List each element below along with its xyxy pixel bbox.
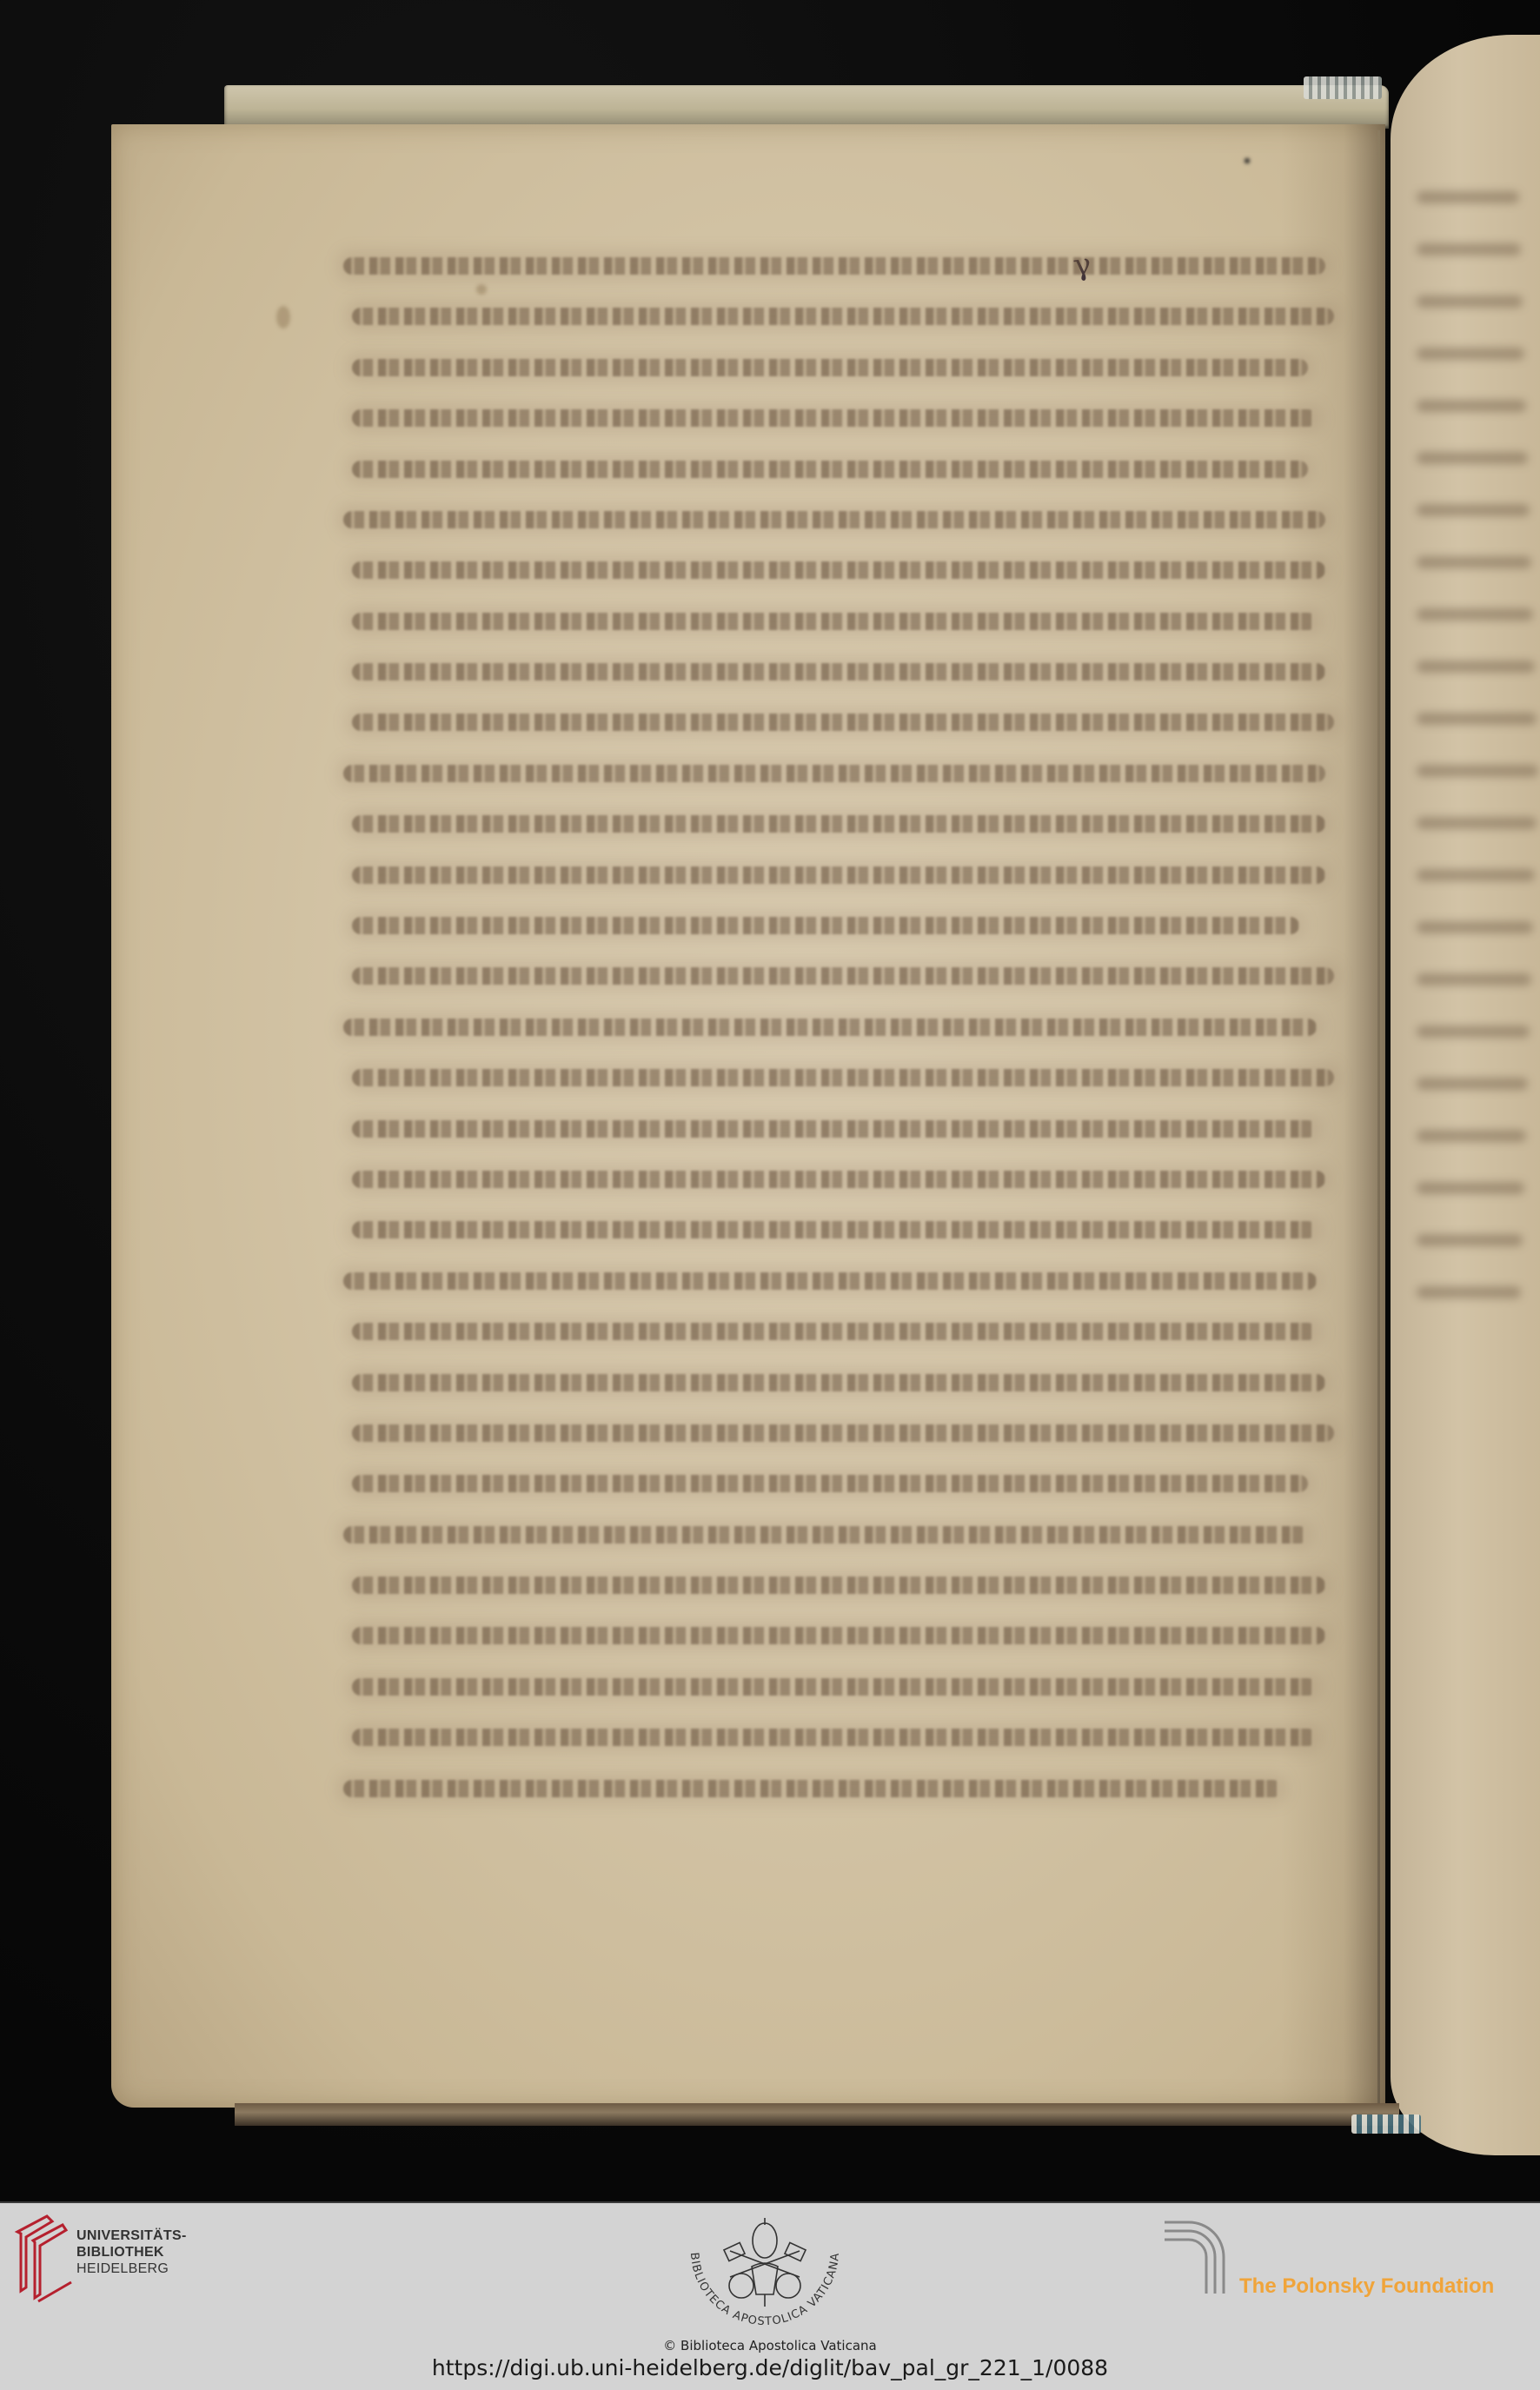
manuscript-text-line [352, 308, 1334, 325]
manuscript-text-line [352, 1475, 1308, 1492]
manuscript-text-line [343, 511, 1325, 528]
manuscript-text-line [352, 967, 1334, 985]
facing-page-text-line [1417, 1130, 1526, 1142]
manuscript-text-line [352, 613, 1317, 630]
facing-page-text-line [1417, 869, 1535, 881]
manuscript-text-line [352, 359, 1308, 376]
manuscript-text-line [352, 1171, 1325, 1188]
facing-page-text-line [1417, 400, 1526, 412]
facing-page-text-line [1417, 452, 1528, 464]
manuscript-text-line [352, 461, 1308, 478]
permalink-url[interactable]: https://digi.ub.uni-heidelberg.de/diglit… [0, 2355, 1540, 2380]
manuscript-text-line [352, 1374, 1325, 1391]
right-page-curve [1391, 35, 1540, 2155]
manuscript-text-line [352, 1678, 1317, 1696]
copyright-notice: © Biblioteca Apostolica Vaticana [0, 2338, 1540, 2353]
ub-heidelberg-logo-icon[interactable] [14, 2214, 75, 2315]
manuscript-text-line [352, 561, 1325, 579]
facing-page-text-line [1417, 661, 1535, 673]
facing-page-text-line [1417, 1026, 1530, 1038]
page-stain [1245, 158, 1250, 163]
manuscript-text-line [352, 1424, 1334, 1442]
facing-page-text-line [1417, 1078, 1528, 1090]
book-bottom-edge [235, 2103, 1399, 2126]
manuscript-text-line [352, 409, 1317, 427]
book-top-edge [224, 85, 1389, 129]
manuscript-text-line [352, 663, 1325, 680]
manuscript-text-line [343, 1780, 1282, 1797]
manuscript-text-line [343, 1526, 1308, 1544]
manuscript-text-line [343, 1019, 1317, 1036]
facing-page-text-line [1417, 973, 1531, 986]
manuscript-text-line [352, 714, 1334, 731]
facing-page-text-line [1417, 713, 1537, 725]
facing-page-text-line [1417, 817, 1537, 829]
facing-page-text-line [1417, 1234, 1523, 1246]
manuscript-text-line [343, 765, 1325, 782]
facing-page-text-line [1417, 295, 1523, 308]
facing-page-text-line [1417, 191, 1519, 203]
manuscript-text-line [352, 815, 1325, 833]
headband-bottom [1351, 2114, 1421, 2134]
vatican-library-crest-icon[interactable]: BIBLIOTECA APOSTOLICA VATICANA [665, 2216, 865, 2334]
ub-line2: BIBLIOTHEK [76, 2244, 187, 2261]
ub-line3: HEIDELBERG [76, 2261, 187, 2277]
ub-line1: UNIVERSITÄTS- [76, 2227, 187, 2244]
manuscript-text-line [352, 1729, 1317, 1746]
polonsky-arc-icon[interactable] [1163, 2219, 1241, 2297]
manuscript-text-block [343, 242, 1343, 1815]
facing-page-text-line [1417, 921, 1533, 933]
headband-top [1304, 76, 1382, 99]
facing-page-text-line [1417, 608, 1533, 621]
manuscript-text-line [352, 1120, 1317, 1138]
facing-page-text-line [1417, 1286, 1521, 1298]
ub-heidelberg-name[interactable]: UNIVERSITÄTS- BIBLIOTHEK HEIDELBERG [76, 2227, 187, 2277]
facing-page-text-line [1417, 348, 1524, 360]
manuscript-text-line [352, 1627, 1325, 1644]
manuscript-text-line [352, 917, 1299, 934]
manuscript-text-line [343, 257, 1325, 275]
facing-page-text-line [1417, 243, 1521, 256]
manuscript-text-line [352, 1221, 1317, 1238]
manuscript-text-line [343, 1272, 1317, 1290]
facing-page-text-line [1417, 504, 1530, 516]
page-stain [276, 306, 290, 329]
manuscript-text-line [352, 1069, 1334, 1086]
facing-page-text-line [1417, 556, 1531, 568]
manuscript-text-line [352, 866, 1325, 884]
manuscript-text-line [352, 1577, 1325, 1594]
manuscript-viewer[interactable]: γ [0, 0, 1540, 2201]
facing-page-text-line [1417, 1182, 1524, 1194]
manuscript-text-line [352, 1323, 1317, 1340]
polonsky-foundation-label[interactable]: The Polonsky Foundation [1239, 2274, 1494, 2299]
facing-page-text-line [1417, 765, 1538, 777]
gutter-fold [1377, 130, 1380, 2103]
